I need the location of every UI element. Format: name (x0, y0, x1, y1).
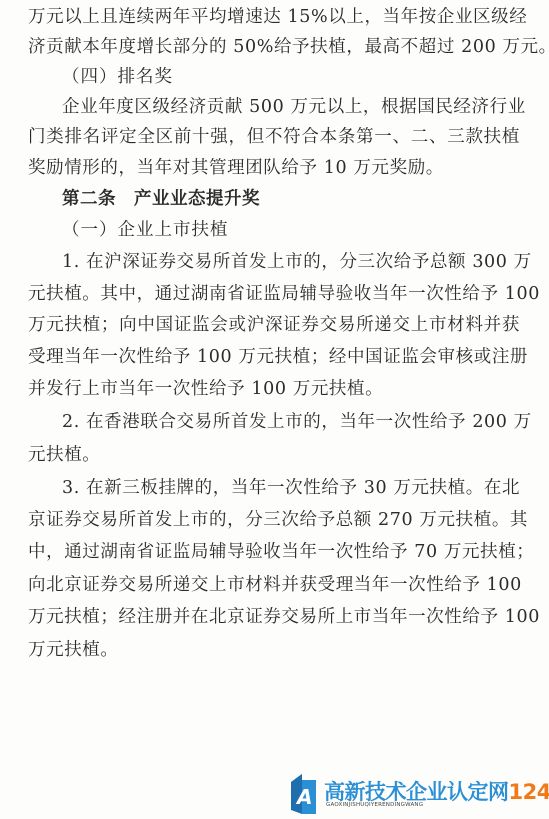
site-watermark: A 高新技术企业认定网12425.CN GAOXINJISHUQIYERENDI… (288, 770, 543, 816)
article-heading: 第二条 产业业态提升奖 (62, 185, 260, 213)
paragraph-line: 元扶植。 (28, 441, 520, 469)
paragraph-line: 企业年度区级经济贡献 500 万元以上，根据国民经济行业 (62, 93, 520, 121)
paragraph-line: 万元扶植。 (28, 636, 520, 664)
paragraph-line: 中，通过湖南省证监局辅导验收当年一次性给予 70 万元扶植； (28, 538, 520, 566)
paragraph-line: 3. 在新三板挂牌的，当年一次性给予 30 万元扶植。在北 (62, 474, 520, 502)
paragraph-line: 济贡献本年度增长部分的 50%给予扶植，最高不超过 200 万元。 (28, 33, 520, 61)
paragraph-line: 万元扶植；向中国证监会或沪深证券交易所递交上市材料并获 (28, 311, 520, 339)
paragraph-line: 京证券交易所首发上市的，分三次给予总额 270 万元扶植。其 (28, 506, 520, 534)
paragraph-line: 向北京证券交易所递交上市材料并获受理当年一次性给予 100 (28, 571, 520, 599)
section-heading-ranking-award: （四）排名奖 (62, 63, 173, 91)
logo-a-icon: A (288, 774, 318, 814)
paragraph-line: 2. 在香港联合交易所首发上市的，当年一次性给予 200 万 (62, 408, 520, 436)
paragraph-line: 元扶植。其中，通过湖南省证监局辅导验收当年一次性给予 100 (28, 280, 520, 308)
paragraph-line: 万元扶植；经注册并在北京证券交易所上市当年一次性给予 100 (28, 603, 520, 631)
paragraph-line: 奖励情形的，当年对其管理团队给予 10 万元奖励。 (28, 154, 520, 182)
section-heading-listing-support: （一）企业上市扶植 (62, 216, 229, 244)
watermark-subtitle: GAOXINJISHUQIYERENDINGWANG (326, 802, 423, 808)
watermark-number: 12425 (509, 780, 549, 804)
paragraph-line: 并发行上市当年一次性给予 100 万元扶植。 (28, 375, 520, 403)
document-page: 万元以上且连续两年平均增速达 15%以上，当年按企业区级经 济贡献本年度增长部分… (0, 0, 549, 819)
paragraph-line: 受理当年一次性给予 100 万元扶植；经中国证监会审核或注册 (28, 343, 520, 371)
svg-text:A: A (295, 785, 312, 809)
paragraph-line: 1. 在沪深证券交易所首发上市的，分三次给予总额 300 万 (62, 248, 520, 276)
paragraph-line: 门类排名评定全区前十强，但不符合本条第一、二、三款扶植 (28, 123, 520, 151)
watermark-cn-text: 高新技术企业认定网 (324, 780, 509, 804)
paragraph-line: 万元以上且连续两年平均增速达 15%以上，当年按企业区级经 (28, 3, 520, 31)
